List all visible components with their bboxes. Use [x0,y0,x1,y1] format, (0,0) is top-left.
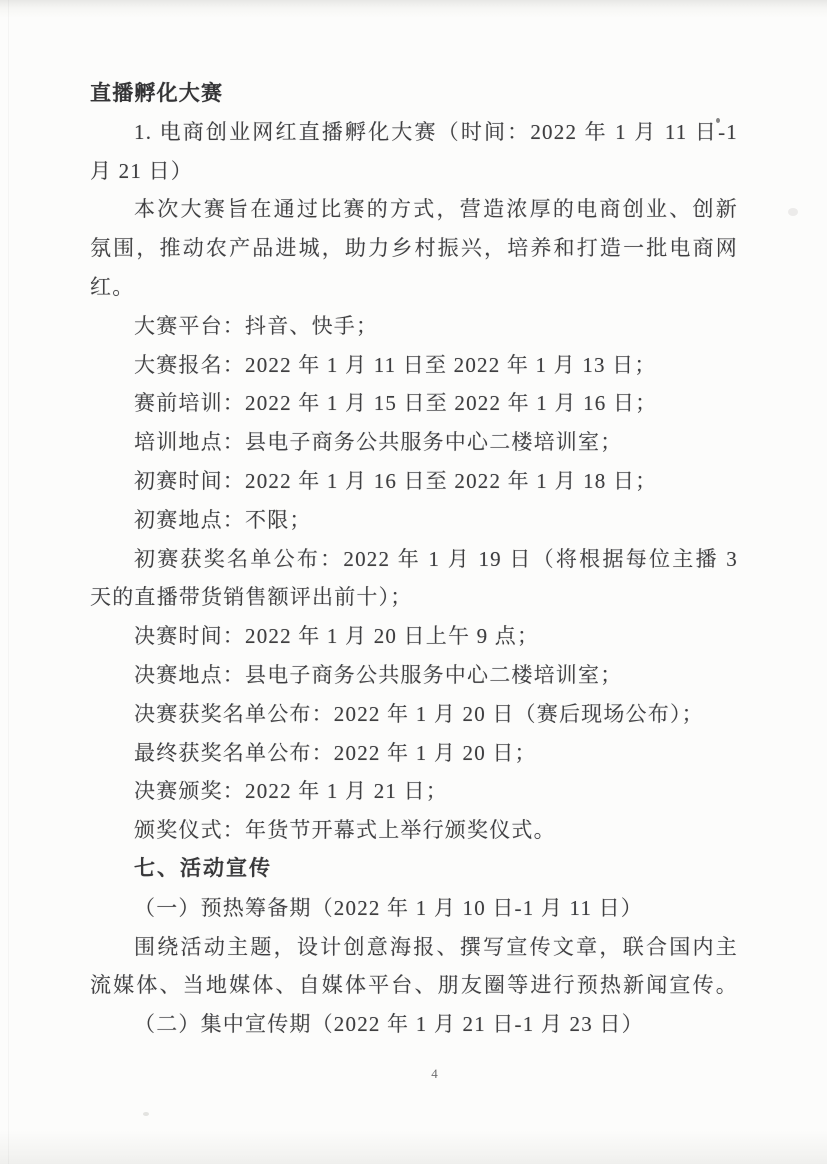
text-line: 最终获奖名单公布：2022 年 1 月 20 日； [90,734,738,773]
scan-speck-artifact [716,118,720,123]
text-line: 围绕活动主题，设计创意海报、撰写宣传文章，联合国内主 [90,928,738,967]
page-number: 4 [431,1066,438,1082]
text-line: 决赛获奖名单公布：2022 年 1 月 20 日（赛后现场公布）； [90,695,738,734]
text-line: 氛围，推动农产品进城，助力乡村振兴，培养和打造一批电商网 [90,229,738,268]
scan-edge-artifact [8,0,9,1164]
text-line: （二）集中宣传期（2022 年 1 月 21 日-1 月 23 日） [90,1005,738,1044]
text-line: 1. 电商创业网红直播孵化大赛（时间：2022 年 1 月 11 日-1 [90,113,738,152]
text-line: （一）预热筹备期（2022 年 1 月 10 日-1 月 11 日） [90,889,738,928]
text-line: 初赛获奖名单公布：2022 年 1 月 19 日（将根据每位主播 3 [90,540,738,579]
text-line: 决赛颁奖：2022 年 1 月 21 日； [90,772,738,811]
scan-speck-artifact [143,1112,149,1116]
text-line-heading-continuation: 直播孵化大赛 [90,74,738,113]
scan-speck-artifact [788,208,798,216]
section-heading: 七、活动宣传 [90,850,738,889]
text-line: 月 21 日） [90,152,738,191]
text-line: 决赛时间：2022 年 1 月 20 日上午 9 点； [90,617,738,656]
text-line: 决赛地点：县电子商务公共服务中心二楼培训室； [90,656,738,695]
scanned-document-page: 直播孵化大赛 1. 电商创业网红直播孵化大赛（时间：2022 年 1 月 11 … [0,0,827,1164]
text-line: 本次大赛旨在通过比赛的方式，营造浓厚的电商创业、创新 [90,190,738,229]
text-line: 初赛时间：2022 年 1 月 16 日至 2022 年 1 月 18 日； [90,462,738,501]
text-line: 初赛地点：不限； [90,501,738,540]
text-line: 红。 [90,268,738,307]
text-line: 培训地点：县电子商务公共服务中心二楼培训室； [90,423,738,462]
text-line: 大赛平台：抖音、快手； [90,307,738,346]
document-body: 直播孵化大赛 1. 电商创业网红直播孵化大赛（时间：2022 年 1 月 11 … [90,74,738,1044]
text-line: 赛前培训：2022 年 1 月 15 日至 2022 年 1 月 16 日； [90,384,738,423]
text-line: 天的直播带货销售额评出前十）； [90,578,738,617]
text-line: 大赛报名：2022 年 1 月 11 日至 2022 年 1 月 13 日； [90,346,738,385]
text-line: 流媒体、当地媒体、自媒体平台、朋友圈等进行预热新闻宣传。 [90,966,738,1005]
text-line: 颁奖仪式：年货节开幕式上举行颁奖仪式。 [90,811,738,850]
